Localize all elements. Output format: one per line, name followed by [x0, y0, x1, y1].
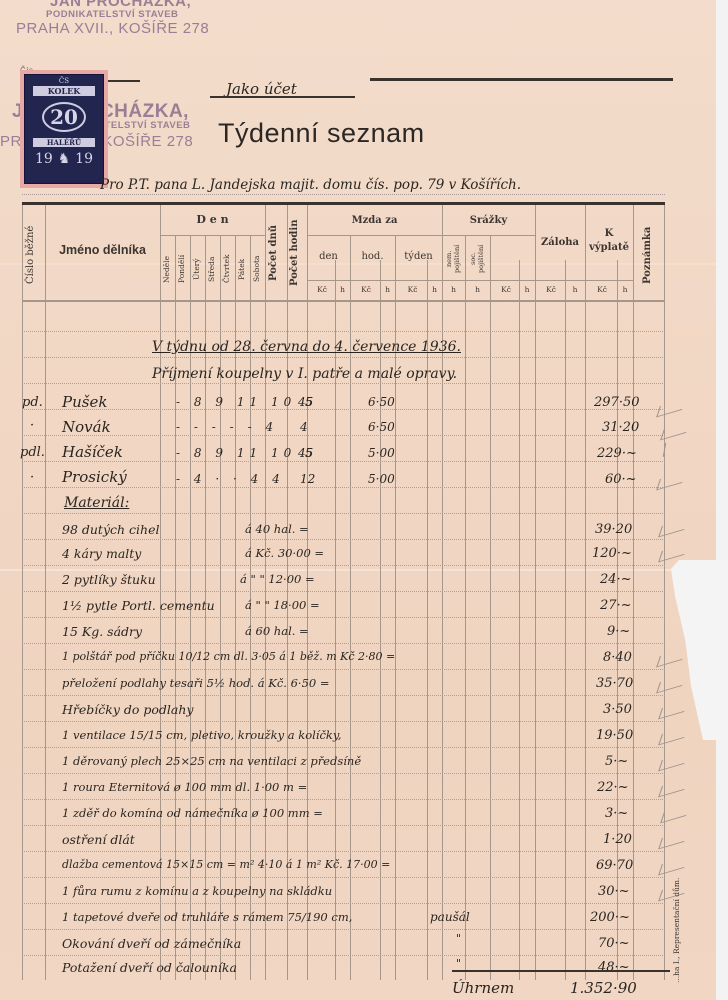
note-underline — [210, 96, 355, 98]
material-amount: 3·50 — [603, 702, 632, 717]
material-unit: á 40 hal. = — [245, 522, 309, 536]
unit-h: h — [617, 285, 633, 294]
material-amount: 24·~ — [600, 572, 632, 587]
for-line: Pro P.T. pana L. Jandejska majit. domu č… — [100, 177, 521, 193]
material-unit: " — [456, 932, 461, 945]
material-amount: 27·~ — [600, 598, 632, 613]
unit-h: h — [565, 285, 585, 294]
for-line-dots — [22, 194, 665, 195]
revenue-stamp-year-left: 19 — [35, 151, 53, 167]
worker-hours: 12 — [300, 472, 315, 486]
worker-type: pd. — [22, 395, 43, 410]
material-amount: 9·~ — [607, 624, 630, 639]
material-amount: 70·~ — [598, 936, 630, 951]
unit-h: h — [380, 285, 395, 294]
unit-h: h — [442, 285, 465, 294]
worker-days: - 8 9 11 10 5 — [176, 395, 318, 409]
revenue-stamp-kolek: KOLEK — [33, 86, 95, 96]
material-desc: 15 Kg. sádry — [62, 624, 142, 639]
col-day-sobota: Sobota — [252, 243, 261, 295]
worker-name: Pušek — [62, 393, 107, 411]
material-heading: Materiál: — [64, 495, 129, 511]
revenue-stamp: ČS KOLEK 20 HALÉŘŮ 19 ♞ 19 — [20, 70, 108, 188]
material-desc: 1 roura Eternitová ø 100 mm dl. 1·00 m = — [62, 780, 307, 794]
material-desc: 98 dutých cihel — [62, 522, 160, 537]
col-srazky: Srážky — [442, 215, 535, 226]
worker-pay: 229·~ — [597, 446, 637, 461]
total-rule — [452, 970, 670, 972]
material-amount: 5·~ — [605, 754, 628, 769]
worker-hours: 45 — [298, 446, 313, 460]
material-unit: á " " 12·00 = — [240, 572, 315, 586]
worker-rate: 5·00 — [368, 446, 395, 460]
worker-pay: 297·50 — [594, 395, 640, 410]
revenue-stamp-value: 20 — [42, 102, 86, 132]
worker-type: pdl. — [20, 445, 45, 460]
col-day-pondeli: Pondělí — [177, 243, 186, 295]
material-amount: 30·~ — [598, 884, 630, 899]
material-amount: 3·~ — [605, 806, 628, 821]
material-amount: 48·~ — [598, 960, 630, 975]
unit-kc: Kč — [400, 285, 425, 294]
revenue-stamp-year-right: 19 — [75, 151, 93, 167]
col-srazky-soc: soc. pojištění — [469, 239, 485, 279]
material-unit: " — [456, 957, 461, 970]
col-poznamka: Poznámka — [642, 215, 653, 295]
revenue-stamp-top: ČS — [25, 77, 103, 85]
job-description: Příjmení koupelny v I. patře a malé opra… — [152, 366, 457, 382]
material-unit: á Kč. 30·00 = — [245, 546, 324, 560]
worker-rate: 6·50 — [368, 420, 395, 434]
worker-rate: 6·50 — [368, 395, 395, 409]
material-amount: 69·70 — [596, 858, 633, 873]
material-desc: 4 káry malty — [62, 546, 141, 561]
unit-kc: Kč — [494, 285, 518, 294]
letterhead-line1: PODNIKATELSTVÍ STAVEB — [46, 9, 178, 20]
col-pocet-hodin: Počet hodin — [289, 213, 300, 293]
col-den: D e n — [160, 213, 265, 226]
material-desc: Hřebíčky do podlahy — [62, 702, 193, 717]
printer-note: ...ha I., Representační dům. — [672, 860, 681, 1000]
col-mzda-hod: hod. — [350, 251, 395, 262]
unit-kc: Kč — [355, 285, 377, 294]
material-amount: 8·40 — [603, 650, 632, 665]
material-desc: dlažba cementová 15×15 cm = m² 4·10 á 1 … — [62, 858, 390, 871]
period-line: V týdnu od 28. června do 4. července 193… — [152, 339, 461, 355]
worker-name: Novák — [62, 418, 111, 436]
material-desc: 2 pytlíky štuku — [62, 572, 156, 587]
document-page: JAN PROCHÁZKA, PODNIKATELSTVÍ STAVEB PRA… — [0, 0, 716, 1000]
col-zaloha: Záloha — [535, 237, 585, 248]
col-jmeno-delnika: Jméno dělníka — [45, 243, 160, 257]
total-value: 1.352·90 — [570, 979, 637, 997]
total-label: Úhrnem — [452, 979, 514, 997]
col-srazky-nem: nem. pojištění — [445, 239, 461, 279]
col-k-vyplate: K výplatě — [585, 227, 633, 255]
worker-days: - 8 9 11 10 5 — [176, 446, 318, 460]
material-amount: 19·50 — [596, 728, 633, 743]
material-desc: 1 polštář pod příčku 10/12 cm dl. 3·05 á… — [62, 650, 395, 663]
worker-hours: 45 — [298, 395, 313, 409]
material-amount: 120·~ — [592, 546, 632, 561]
col-cislo-bezne: Číslo běžné — [25, 215, 36, 295]
worker-days: - - - - - 4 — [176, 420, 278, 434]
worker-pay: 31·20 — [602, 420, 639, 435]
material-amount: 22·~ — [597, 780, 629, 795]
page-title: Týdenní seznam — [218, 118, 425, 149]
material-amount: 35·70 — [596, 676, 633, 691]
col-day-patek: Pátek — [237, 243, 246, 295]
col-mzda-za: Mzda za — [307, 215, 442, 226]
material-unit: á 60 hal. = — [245, 624, 309, 638]
material-amount: 39·20 — [595, 522, 632, 537]
unit-h: h — [519, 285, 535, 294]
col-day-ctvrtek: Čtvrtek — [222, 243, 231, 295]
material-desc: 1½ pytle Portl. cementu — [62, 598, 215, 613]
material-unit: paušál — [430, 910, 470, 924]
col-day-streda: Středa — [207, 243, 216, 295]
material-desc: Okování dveří od zámečníka — [62, 936, 241, 951]
col-day-nedele: Neděle — [162, 243, 171, 295]
unit-h: h — [465, 285, 490, 294]
col-mzda-den: den — [307, 251, 350, 262]
material-desc: 1 tapetové dveře od truhláře s rámem 75/… — [62, 910, 352, 924]
unit-kc: Kč — [311, 285, 333, 294]
worker-hours: 4 — [300, 420, 308, 434]
header-rule — [370, 78, 673, 81]
col-pocet-dnu: Počet dnů — [268, 213, 279, 293]
material-amount: 1·20 — [603, 832, 632, 847]
material-desc: přeložení podlahy tesaři 5½ hod. á Kč. 6… — [62, 676, 330, 690]
worker-days: - 4 · · 4 4 — [176, 472, 285, 486]
worker-name: Hašíček — [62, 443, 123, 461]
material-unit: á " " 18·00 = — [245, 598, 320, 612]
material-amount: 200·~ — [590, 910, 630, 925]
material-desc: ostření dlát — [62, 832, 135, 847]
worker-pay: 60·~ — [605, 472, 637, 487]
worker-rate: 5·00 — [368, 472, 395, 486]
material-desc: 1 zděř do komína od námečníka ø 100 mm = — [62, 806, 323, 820]
unit-h: h — [427, 285, 442, 294]
unit-kc: Kč — [588, 285, 616, 294]
col-day-utery: Úterý — [192, 243, 201, 295]
letterhead-line2: PRAHA XVII., KOŠÍŘE 278 — [16, 20, 209, 37]
col-mzda-tyden: týden — [395, 251, 442, 262]
worker-type: · — [30, 418, 34, 433]
material-desc: 1 fůra rumu z komínu a z koupelny na skl… — [62, 884, 332, 898]
worker-name: Prosický — [62, 468, 127, 486]
lion-emblem-icon: ♞ — [58, 151, 71, 167]
revenue-stamp-currency: HALÉŘŮ — [33, 138, 95, 147]
material-desc: Potažení dveří od čalouníka — [62, 960, 237, 975]
material-desc: 1 ventilace 15/15 cm, pletivo, kroužky a… — [62, 728, 342, 742]
unit-h: h — [335, 285, 350, 294]
unit-kc: Kč — [539, 285, 563, 294]
material-desc: 1 děrovaný plech 25×25 cm na ventilaci z… — [62, 754, 361, 768]
worker-type: · — [30, 470, 34, 485]
